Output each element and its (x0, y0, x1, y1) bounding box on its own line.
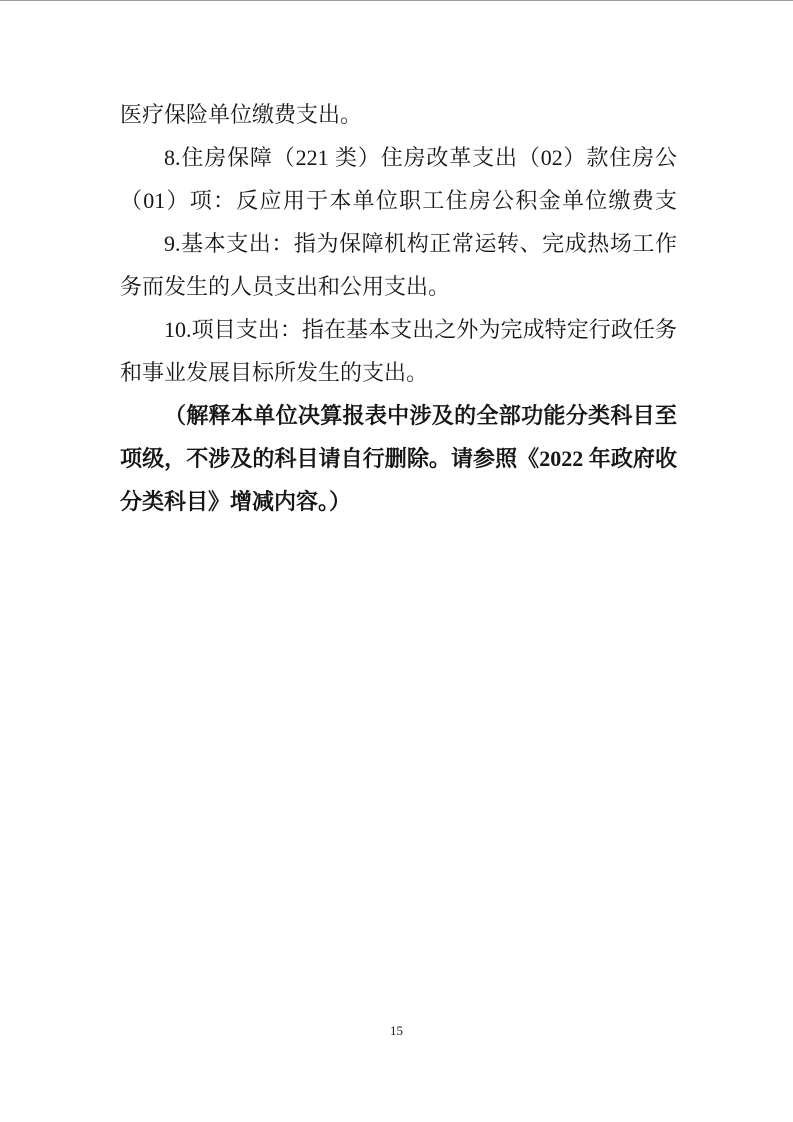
text-line: 务而发生的人员支出和公用支出。 (120, 265, 677, 308)
note-paragraph: （解释本单位决算报表中涉及的全部功能分类科目至项级，不涉及的科目请自行删除。请参… (120, 394, 677, 523)
text-line: （解释本单位决算报表中涉及的全部功能分类科目至 (120, 394, 677, 437)
body-paragraph: 10.项目支出：指在基本支出之外为完成特定行政任务和事业发展目标所发生的支出。 (120, 308, 677, 394)
text-line: 10.项目支出：指在基本支出之外为完成特定行政任务 (120, 308, 677, 351)
text-line: 医疗保险单位缴费支出。 (120, 93, 677, 136)
body-paragraph: 9.基本支出：指为保障机构正常运转、完成热场工作任务而发生的人员支出和公用支出。 (120, 222, 677, 308)
document-page: 医疗保险单位缴费支出。8.住房保障（221 类）住房改革支出（02）款住房公积金… (0, 0, 793, 1122)
text-line: （01）项：反应用于本单位职工住房公积金单位缴费支出。 (120, 179, 677, 222)
text-line: 和事业发展目标所发生的支出。 (120, 351, 677, 394)
text-line: 分类科目》增减内容。） (120, 480, 677, 523)
document-text-block: 医疗保险单位缴费支出。8.住房保障（221 类）住房改革支出（02）款住房公积金… (120, 93, 677, 523)
text-line: 项级，不涉及的科目请自行删除。请参照《2022 年政府收支 (120, 437, 677, 480)
body-paragraph: 医疗保险单位缴费支出。 (120, 93, 677, 136)
text-line: 8.住房保障（221 类）住房改革支出（02）款住房公积金 (120, 136, 677, 179)
page-number: 15 (0, 1021, 793, 1041)
body-paragraph: 8.住房保障（221 类）住房改革支出（02）款住房公积金（01）项：反应用于本… (120, 136, 677, 222)
text-line: 9.基本支出：指为保障机构正常运转、完成热场工作任 (120, 222, 677, 265)
